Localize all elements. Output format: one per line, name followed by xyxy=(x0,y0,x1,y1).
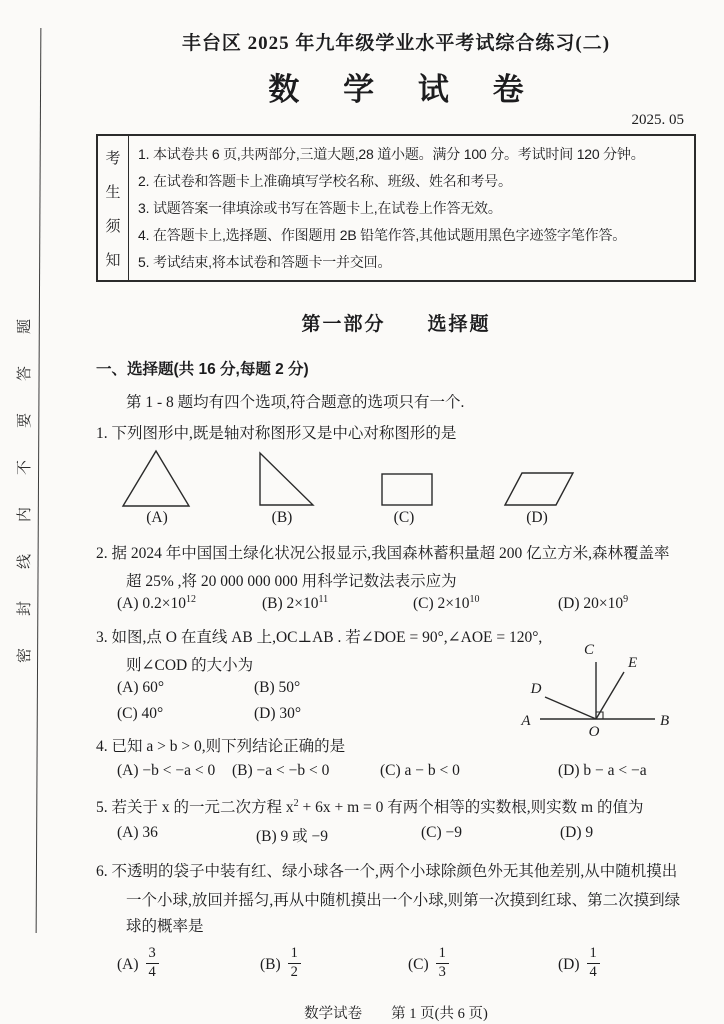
option-d-label: (D) xyxy=(517,509,557,527)
option-c: (C) a − b < 0 xyxy=(380,762,460,780)
point-B-label: B xyxy=(660,713,669,729)
option-d: (D)14 xyxy=(558,948,600,983)
option-a: (A) −b < −a < 0 xyxy=(117,762,215,780)
question-2: 2. 据 2024 年中国国土绿化状况公报显示,我国森林蓄积量超 200 亿立方… xyxy=(96,540,696,621)
notice-item: 1. 本试卷共 6 页,共两部分,三道大题,28 道小题。满分 100 分。考试… xyxy=(138,141,690,168)
option-d: (D) 20×109 xyxy=(558,595,628,613)
option-b: (B) 2×1011 xyxy=(262,595,328,613)
option-c-label: (C) xyxy=(384,509,424,527)
question-6-line1: 6. 不透明的袋子中装有红、绿小球各一个,两个小球除颜色外无其他差别,从中随机摸… xyxy=(96,858,696,887)
point-C-label: C xyxy=(584,642,595,658)
option-c: (C) −9 xyxy=(421,824,462,842)
option-d: (D) 9 xyxy=(560,824,593,842)
option-b-label: (B) xyxy=(262,509,302,527)
part1-title: 第一部分 选择题 xyxy=(96,309,696,336)
point-D-label: D xyxy=(530,681,542,697)
question-3-figure: A B C D E O xyxy=(516,632,700,744)
option-b: (B) 9 或 −9 xyxy=(256,824,328,846)
ray-OD xyxy=(545,697,596,719)
option-a: (A) 0.2×1012 xyxy=(117,595,196,613)
question-1-text: 1. 下列图形中,既是轴对称图形又是中心对称图形的是 xyxy=(96,421,696,443)
question-2-line2: 超 25% ,将 20 000 000 000 用科学记数法表示应为 xyxy=(96,568,696,596)
notice-side-char: 知 xyxy=(105,249,120,270)
question-6-line3: 球的概率是 xyxy=(96,915,696,939)
seal-margin-text: 密封线内不要答题 xyxy=(13,285,31,665)
isosceles-triangle-shape xyxy=(123,451,189,506)
option-a: (A)34 xyxy=(117,948,159,983)
option-b: (B)12 xyxy=(260,948,301,983)
option-c: (C) 40° xyxy=(117,705,163,723)
section-note: 第 1 - 8 题均有四个选项,符合题意的选项只有一个. xyxy=(96,390,696,412)
point-O-label: O xyxy=(589,724,600,740)
option-a: (A) 60° xyxy=(117,679,164,697)
option-d: (D) b − a < −a xyxy=(558,762,647,780)
notice-item: 3. 试题答案一律填涂或书写在答题卡上,在试卷上作答无效。 xyxy=(138,195,690,222)
notice-item: 2. 在试卷和答题卡上准确填写学校名称、班级、姓名和考号。 xyxy=(138,168,690,195)
option-a: (A) 36 xyxy=(117,824,158,842)
rectangle-shape xyxy=(382,474,432,505)
seal-divider-line xyxy=(36,28,42,933)
option-c: (C) 2×1010 xyxy=(413,595,480,613)
question-1-figures: (A) (B) (C) (D) xyxy=(96,447,696,531)
option-b: (B) −a < −b < 0 xyxy=(232,762,329,780)
notice-item: 4. 在答题卡上,选择题、作图题用 2B 铅笔作答,其他试题用黑色字迹签字笔作答… xyxy=(138,222,690,249)
exam-date: 2025. 05 xyxy=(96,112,696,129)
section-heading: 一、选择题(共 16 分,每题 2 分) xyxy=(96,357,696,379)
question-6-line2: 一个小球,放回并摇匀,再从中随机摸出一个小球,则第一次摸到红球、第二次摸到绿 xyxy=(96,887,696,916)
question-5-text: 5. 若关于 x 的一元二次方程 x2 + 6x + m = 0 有两个相等的实… xyxy=(96,796,696,820)
notice-side-char: 生 xyxy=(105,181,120,202)
question-6-options: (A)34 (B)12 (C)13 (D)14 xyxy=(96,944,696,986)
exam-title: 丰台区 2025 年九年级学业水平考试综合练习(二) xyxy=(96,28,696,55)
candidate-notice-box: 考 生 须 知 1. 本试卷共 6 页,共两部分,三道大题,28 道小题。满分 … xyxy=(96,134,696,282)
notice-side-char: 须 xyxy=(105,215,120,236)
question-3: 3. 如图,点 O 在直线 AB 上,OC⊥AB . 若∠DOE = 90°,∠… xyxy=(96,624,696,731)
right-triangle-shape xyxy=(260,453,313,505)
notice-items: 1. 本试卷共 6 页,共两部分,三道大题,28 道小题。满分 100 分。考试… xyxy=(129,136,694,280)
option-d: (D) 30° xyxy=(254,705,301,723)
paper-title: 数 学 试 卷 xyxy=(96,64,696,109)
parallelogram-shape xyxy=(505,473,573,505)
question-5-options: (A) 36 (B) 9 或 −9 (C) −9 (D) 9 xyxy=(96,824,696,850)
notice-side-label: 考 生 须 知 xyxy=(98,136,129,280)
notice-side-char: 考 xyxy=(105,147,120,168)
question-6: 6. 不透明的袋子中装有红、绿小球各一个,两个小球除颜色外无其他差别,从中随机摸… xyxy=(96,858,696,986)
page-footer: 数学试卷 第 1 页(共 6 页) xyxy=(96,1002,696,1023)
question-1-shapes xyxy=(96,447,696,509)
question-5: 5. 若关于 x 的一元二次方程 x2 + 6x + m = 0 有两个相等的实… xyxy=(96,796,696,850)
question-2-options: (A) 0.2×1012 (B) 2×1011 (C) 2×1010 (D) 2… xyxy=(96,595,696,621)
point-E-label: E xyxy=(627,655,637,671)
option-b: (B) 50° xyxy=(254,679,300,697)
question-2-line1: 2. 据 2024 年中国国土绿化状况公报显示,我国森林蓄积量超 200 亿立方… xyxy=(96,540,696,568)
exam-page: 丰台区 2025 年九年级学业水平考试综合练习(二) 数 学 试 卷 2025.… xyxy=(96,20,696,1023)
option-a-label: (A) xyxy=(137,509,177,527)
point-A-label: A xyxy=(520,713,531,729)
option-c: (C)13 xyxy=(408,948,449,983)
question-4-options: (A) −b < −a < 0 (B) −a < −b < 0 (C) a − … xyxy=(96,762,696,788)
notice-item: 5. 考试结束,将本试卷和答题卡一并交回。 xyxy=(138,249,690,276)
